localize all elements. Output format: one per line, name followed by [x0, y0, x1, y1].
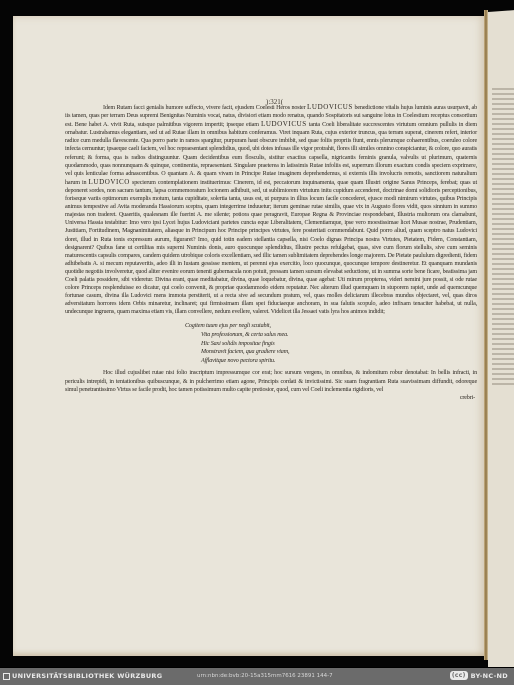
document-viewer: ):321( Idem Rutam facci genialis humore … [0, 0, 514, 667]
license-label: BY-NC-ND [471, 672, 508, 680]
verse-line: Hic Saxi solidis impositae fingis [201, 340, 477, 349]
urn-identifier[interactable]: urn:nbn:de:bvb:20-15a315mm7616 23891 144… [197, 673, 333, 679]
paragraph-1-text-c: tanta Coeli liberalitate succrescentes v… [65, 122, 477, 186]
verse-line: Vita professionum, & certa salus mea. [201, 331, 477, 340]
footer-bar: UNIVERSITÄTSBIBLIOTHEK WÜRZBURG urn:nbn:… [0, 668, 514, 685]
library-logo-icon [3, 673, 10, 680]
name-ludovicus-1: LUDOVICUS [307, 103, 353, 111]
creative-commons-icon: (cc) [450, 671, 468, 680]
license-link[interactable]: (cc) BY-NC-ND [450, 671, 508, 680]
name-ludovico: LUDOVICO [89, 178, 130, 186]
verse-line: Afflavitque novo pectora spiritu. [201, 357, 477, 366]
paragraph-2: Hoc illud cujuslibet rutae nisi folio in… [65, 369, 477, 393]
verse-line: Monstravit faciem, qua gradiere viam, [201, 348, 477, 357]
page-body: Idem Rutam facci genialis humore suffect… [65, 103, 477, 402]
library-logo[interactable]: UNIVERSITÄTSBIBLIOTHEK WÜRZBURG [3, 672, 162, 680]
paragraph-1-text-d: specierum contemplationem instituerimus:… [65, 180, 477, 316]
library-name: UNIVERSITÄTSBIBLIOTHEK WÜRZBURG [12, 672, 162, 680]
verse-line: Cogitem tuum ejus per negli scutabit, [185, 322, 477, 331]
paragraph-1: Idem Rutam facci genialis humore suffect… [65, 103, 477, 316]
adjacent-page-text [492, 88, 514, 388]
name-ludovicus-2: LUDOVICUS [261, 120, 307, 128]
catchword: crebri- [65, 394, 475, 402]
paragraph-1-text-a: Idem Rutam facci genialis humore suffect… [103, 105, 307, 111]
verse-block: Cogitem tuum ejus per negli scutabit, Vi… [185, 322, 477, 365]
